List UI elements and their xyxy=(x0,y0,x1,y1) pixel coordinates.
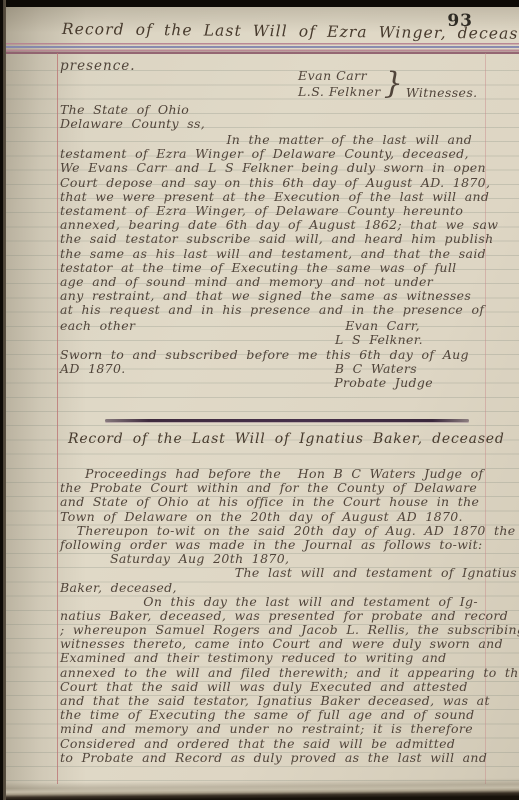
section1-body: In the matter of the last will andtestam… xyxy=(60,133,505,317)
manuscript-line: testament of Ezra Winger, of Delaware Co… xyxy=(60,204,505,218)
photo-frame: 93 Record of the Last Will of Ezra Winge… xyxy=(0,0,519,800)
manuscript-line: to Probate and Record as duly proved as … xyxy=(60,751,505,765)
witness-names: Evan CarrL.S. Felkner xyxy=(298,68,381,100)
manuscript-line: ; whereupon Samuel Rogers and Jacob L. R… xyxy=(60,623,505,637)
closing-words: each other xyxy=(60,319,135,333)
ledger-page: 93 Record of the Last Will of Ezra Winge… xyxy=(6,7,519,800)
manuscript-line: The State of Ohio xyxy=(60,103,505,117)
manuscript-line: the same as his last will and testament,… xyxy=(60,247,505,261)
venue-block: The State of OhioDelaware County ss, xyxy=(60,103,505,131)
judge-title: Probate Judge xyxy=(60,376,505,390)
section2-body: Proceedings had before the Hon B C Water… xyxy=(60,467,505,765)
manuscript-line: mind and memory and under no restraint; … xyxy=(60,722,505,736)
manuscript-line: We Evans Carr and L S Felkner being duly… xyxy=(60,161,505,175)
jurat-date-judge-line: AD 1870. B C Waters xyxy=(60,362,505,376)
section2-title: Record of the Last Will of Ignatius Bake… xyxy=(68,431,505,447)
brace-glyph: } xyxy=(384,69,403,99)
jurat-line: Sworn to and subscribed before me this 6… xyxy=(60,348,505,362)
jurat-date: AD 1870. xyxy=(60,362,126,376)
manuscript-line: annexed to the will and filed therewith;… xyxy=(60,666,505,680)
manuscript-line: Baker, deceased, xyxy=(60,581,505,595)
manuscript-line: any restraint, and that we signed the sa… xyxy=(60,289,505,303)
manuscript-line: Town of Delaware on the 20th day of Augu… xyxy=(60,510,505,524)
manuscript-line: age and of sound mind and memory and not… xyxy=(60,275,505,289)
manuscript-line: annexed, bearing date 6th day of August … xyxy=(60,218,505,232)
manuscript-line: witnesses thereto, came into Court and w… xyxy=(60,637,505,651)
manuscript-line: the said testator subscribe said will, a… xyxy=(60,232,505,246)
manuscript-line: that we were present at the Execution of… xyxy=(60,190,505,204)
manuscript-line: Examined and their testimony reduced to … xyxy=(60,651,505,665)
manuscript-line: Delaware County ss, xyxy=(60,117,505,131)
manuscript-line: testator at the time of Executing the sa… xyxy=(60,261,505,275)
manuscript-line: Court depose and say on this 6th day of … xyxy=(60,176,505,190)
manuscript-line: at his request and in his presence and i… xyxy=(60,303,505,317)
book-bottom-edge xyxy=(6,778,519,800)
manuscript-line: and that the said testator, Ignatius Bak… xyxy=(60,694,505,708)
manuscript-line: Court that the said will was duly Execut… xyxy=(60,680,505,694)
manuscript-content: presence. Evan CarrL.S. Felkner } Witnes… xyxy=(60,7,505,800)
signature-felkner: L S Felkner. xyxy=(60,333,505,347)
manuscript-line: On this day the last will and testament … xyxy=(60,595,505,609)
left-margin-line xyxy=(57,53,58,784)
manuscript-line: Considered and ordered that the said wil… xyxy=(60,737,505,751)
manuscript-line: In the matter of the last will and xyxy=(60,133,505,147)
manuscript-line: Proceedings had before the Hon B C Water… xyxy=(60,467,505,481)
signature-line-1: each other Evan Carr, xyxy=(60,319,505,333)
section-divider-line xyxy=(105,419,469,422)
witness-attestation-block: Evan CarrL.S. Felkner } Witnesses. xyxy=(298,68,478,100)
witness-name: Evan Carr xyxy=(298,68,367,84)
manuscript-line: Thereupon to-wit on the said 20th day of… xyxy=(60,524,505,538)
witness-name: L.S. Felkner xyxy=(298,84,381,100)
manuscript-line: natius Baker, deceased, was presented fo… xyxy=(60,609,505,623)
manuscript-line: The last will and testament of Ignatius xyxy=(60,566,505,580)
manuscript-line: the Probate Court within and for the Cou… xyxy=(60,481,505,495)
manuscript-line: the time of Executing the same of full a… xyxy=(60,708,505,722)
manuscript-line: testament of Ezra Winger of Delaware Cou… xyxy=(60,147,505,161)
manuscript-line: following order was made in the Journal … xyxy=(60,538,505,552)
manuscript-line: Saturday Aug 20th 1870, xyxy=(60,552,505,566)
witnesses-label: Witnesses. xyxy=(406,85,478,100)
manuscript-line: and State of Ohio at his office in the C… xyxy=(60,495,505,509)
